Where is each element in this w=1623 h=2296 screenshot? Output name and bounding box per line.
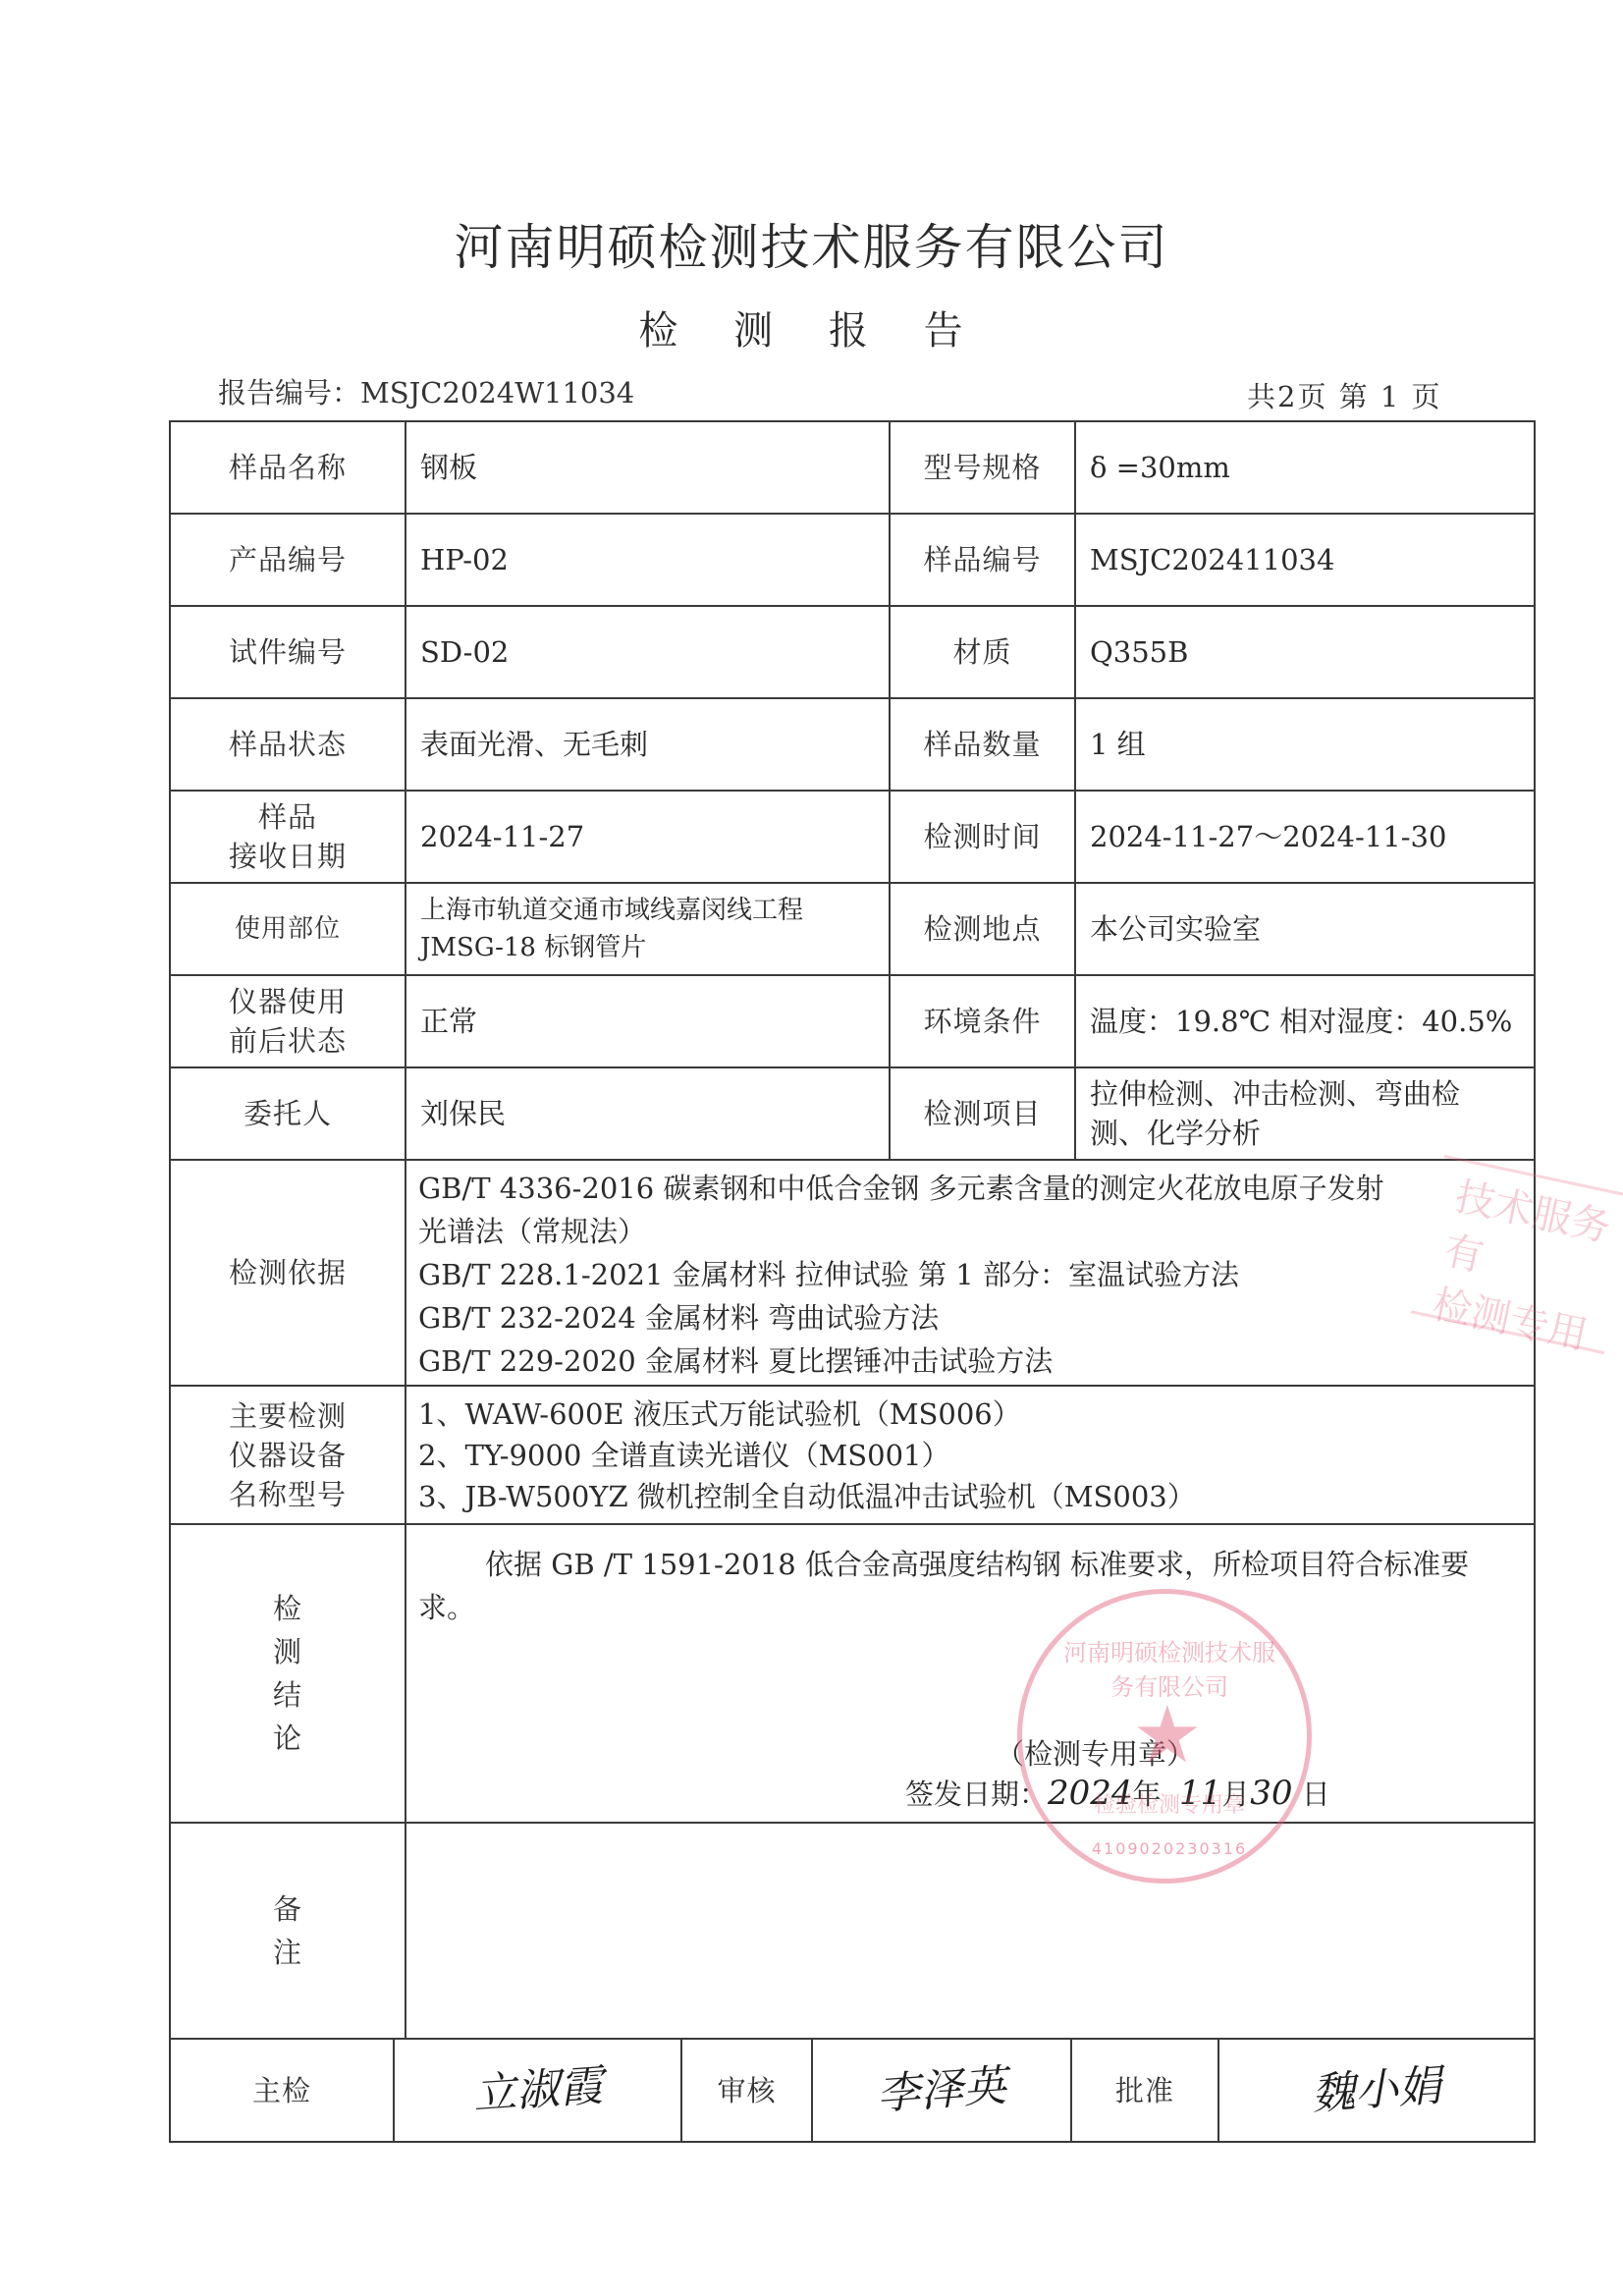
- basis-line: 光谱法（常规法）: [418, 1210, 646, 1253]
- basis-list: GB/T 4336-2016 碳素钢和中低合金钢 多元素含量的测定火花放电原子发…: [406, 1161, 1534, 1385]
- equipment-row: 主要检测 仪器设备 名称型号 1、WAW-600E 液压式万能试验机（MS006…: [171, 1387, 1534, 1525]
- instrument-state-label-line1: 仪器使用: [229, 982, 347, 1021]
- equipment-label-line: 仪器设备: [229, 1436, 347, 1475]
- table-row: 使用部位 上海市轨道交通市域线嘉闵线工程 JMSG-18 标钢管片 检测地点 本…: [171, 884, 1534, 976]
- approver-signature-cell: 魏小娟: [1219, 2040, 1534, 2141]
- equipment-line: 2、TY-9000 全谱直读光谱仪（MS001）: [418, 1435, 950, 1476]
- equipment-label: 主要检测 仪器设备 名称型号: [171, 1387, 406, 1523]
- instrument-state-label-line2: 前后状态: [229, 1021, 347, 1061]
- issue-date: 签发日期：2024年 11月30 日: [905, 1774, 1330, 1814]
- conclusion-label-char: 结: [273, 1673, 302, 1717]
- receive-date-label: 样品 接收日期: [171, 792, 406, 882]
- table-row: 样品 接收日期 2024-11-27 检测时间 2024-11-27～2024-…: [171, 792, 1534, 884]
- issue-year-handwritten: 2024: [1048, 1774, 1133, 1813]
- table-row: 样品名称 钢板 型号规格 δ =30mm: [171, 422, 1534, 515]
- signature-row: 主检 立淑霞 审核 李泽英 批准 魏小娟: [171, 2040, 1534, 2141]
- test-location-label: 检测地点: [891, 884, 1076, 974]
- remarks-label: 备 注: [171, 1824, 406, 2038]
- sample-no-label: 样品编号: [891, 515, 1076, 605]
- basis-row: 检测依据 GB/T 4336-2016 碳素钢和中低合金钢 多元素含量的测定火花…: [171, 1161, 1534, 1387]
- test-items-label: 检测项目: [891, 1068, 1076, 1159]
- product-no-value: HP-02: [406, 515, 891, 605]
- remarks-label-char: 备: [273, 1887, 302, 1931]
- report-number: 报告编号：MSJC2024W11034: [218, 371, 634, 411]
- model-spec-label: 型号规格: [891, 422, 1076, 513]
- conclusion-row: 检 测 结 论 依据 GB /T 1591-2018 低合金高强度结构钢 标准要…: [171, 1525, 1534, 1824]
- usage-part-value-line2: JMSG-18 标钢管片: [420, 929, 646, 966]
- page-indicator: 共2页 第 1 页: [1247, 375, 1442, 415]
- sample-no-value: MSJC202411034: [1076, 515, 1534, 605]
- client-value: 刘保民: [406, 1068, 891, 1159]
- sample-name-label: 样品名称: [171, 422, 406, 513]
- receive-date-label-line1: 样品: [258, 797, 317, 837]
- equipment-label-line: 名称型号: [229, 1475, 347, 1514]
- model-spec-value: δ =30mm: [1076, 422, 1534, 513]
- product-no-label: 产品编号: [171, 515, 406, 605]
- conclusion-label-char: 测: [273, 1630, 302, 1673]
- equipment-line: 1、WAW-600E 液压式万能试验机（MS006）: [418, 1394, 1021, 1435]
- instrument-state-label: 仪器使用 前后状态: [171, 976, 406, 1066]
- issue-month-handwritten: 11: [1179, 1774, 1221, 1813]
- sample-name-value: 钢板: [406, 422, 891, 513]
- test-period-value: 2024-11-27～2024-11-30: [1076, 792, 1534, 882]
- equipment-label-line: 主要检测: [229, 1396, 347, 1436]
- approver-label: 批准: [1072, 2040, 1219, 2141]
- environment-value: 温度：19.8℃ 相对湿度：40.5%: [1076, 976, 1534, 1066]
- receive-date-label-line2: 接收日期: [229, 837, 347, 876]
- sample-qty-label: 样品数量: [891, 699, 1076, 790]
- issue-day-handwritten: 30: [1250, 1774, 1292, 1813]
- inspector-signature: 立淑霞: [471, 2066, 603, 2114]
- issue-date-label: 签发日期：: [905, 1777, 1048, 1811]
- equipment-list: 1、WAW-600E 液压式万能试验机（MS006） 2、TY-9000 全谱直…: [406, 1387, 1534, 1523]
- material-value: Q355B: [1076, 607, 1534, 697]
- basis-label: 检测依据: [171, 1161, 406, 1385]
- table-row: 委托人 刘保民 检测项目 拉伸检测、冲击检测、弯曲检 测、化学分析: [171, 1068, 1534, 1161]
- equipment-line: 3、JB-W500YZ 微机控制全自动低温冲击试验机（MS003）: [418, 1476, 1196, 1517]
- remarks-label-char: 注: [273, 1931, 302, 1974]
- remarks-row: 备 注: [171, 1824, 1534, 2040]
- inspector-label: 主检: [171, 2040, 395, 2141]
- client-label: 委托人: [171, 1068, 406, 1159]
- remarks-value: [406, 1824, 1534, 2038]
- conclusion-text: 依据 GB /T 1591-2018 低合金高强度结构钢 标准要求，所检项目符合…: [418, 1543, 1522, 1629]
- company-name: 河南明硕检测技术服务有限公司: [0, 208, 1623, 279]
- basis-line: GB/T 4336-2016 碳素钢和中低合金钢 多元素含量的测定火花放电原子发…: [418, 1167, 1384, 1210]
- receive-date-value: 2024-11-27: [406, 792, 891, 882]
- sample-qty-value: 1 组: [1076, 699, 1534, 790]
- day-char: 日: [1302, 1777, 1330, 1811]
- instrument-state-value: 正常: [406, 976, 891, 1066]
- material-label: 材质: [891, 607, 1076, 697]
- conclusion-label: 检 测 结 论: [171, 1525, 406, 1822]
- specimen-no-label: 试件编号: [171, 607, 406, 697]
- basis-line: GB/T 232-2024 金属材料 弯曲试验方法: [418, 1296, 939, 1339]
- basis-line: GB/T 228.1-2021 金属材料 拉伸试验 第 1 部分：室温试验方法: [418, 1253, 1239, 1296]
- reviewer-signature: 李泽英: [876, 2066, 1007, 2114]
- usage-part-value-line1: 上海市轨道交通市域线嘉闵线工程: [420, 892, 803, 929]
- basis-line: GB/T 229-2020 金属材料 夏比摆锤冲击试验方法: [418, 1339, 1053, 1383]
- month-char: 月: [1221, 1777, 1250, 1811]
- report-number-label: 报告编号：: [218, 376, 360, 410]
- usage-part-label: 使用部位: [171, 884, 406, 974]
- reviewer-label: 审核: [682, 2040, 813, 2141]
- table-row: 试件编号 SD-02 材质 Q355B: [171, 607, 1534, 699]
- sample-state-label: 样品状态: [171, 699, 406, 790]
- approver-signature: 魏小娟: [1311, 2066, 1442, 2114]
- report-title: 检 测 报 告: [0, 300, 1623, 355]
- test-items-value-line2: 测、化学分析: [1090, 1114, 1261, 1153]
- seal-label: （检测专用章）: [996, 1734, 1195, 1774]
- sample-state-value: 表面光滑、无毛刺: [406, 699, 891, 790]
- test-items-value-line1: 拉伸检测、冲击检测、弯曲检: [1090, 1074, 1460, 1114]
- test-items-value: 拉伸检测、冲击检测、弯曲检 测、化学分析: [1076, 1068, 1534, 1159]
- environment-label: 环境条件: [891, 976, 1076, 1066]
- table-row: 仪器使用 前后状态 正常 环境条件 温度：19.8℃ 相对湿度：40.5%: [171, 976, 1534, 1068]
- report-table: 样品名称 钢板 型号规格 δ =30mm 产品编号 HP-02 样品编号 MSJ…: [169, 420, 1536, 2143]
- table-row: 产品编号 HP-02 样品编号 MSJC202411034: [171, 515, 1534, 607]
- conclusion-content: 依据 GB /T 1591-2018 低合金高强度结构钢 标准要求，所检项目符合…: [406, 1525, 1534, 1822]
- year-char: 年: [1133, 1777, 1162, 1811]
- usage-part-value: 上海市轨道交通市域线嘉闵线工程 JMSG-18 标钢管片: [406, 884, 891, 974]
- test-location-value: 本公司实验室: [1076, 884, 1534, 974]
- conclusion-label-char: 论: [273, 1717, 302, 1760]
- reviewer-signature-cell: 李泽英: [813, 2040, 1072, 2141]
- test-period-label: 检测时间: [891, 792, 1076, 882]
- table-row: 样品状态 表面光滑、无毛刺 样品数量 1 组: [171, 699, 1534, 792]
- report-number-value: MSJC2024W11034: [360, 376, 634, 410]
- conclusion-label-char: 检: [273, 1587, 302, 1630]
- inspector-signature-cell: 立淑霞: [395, 2040, 682, 2141]
- specimen-no-value: SD-02: [406, 607, 891, 697]
